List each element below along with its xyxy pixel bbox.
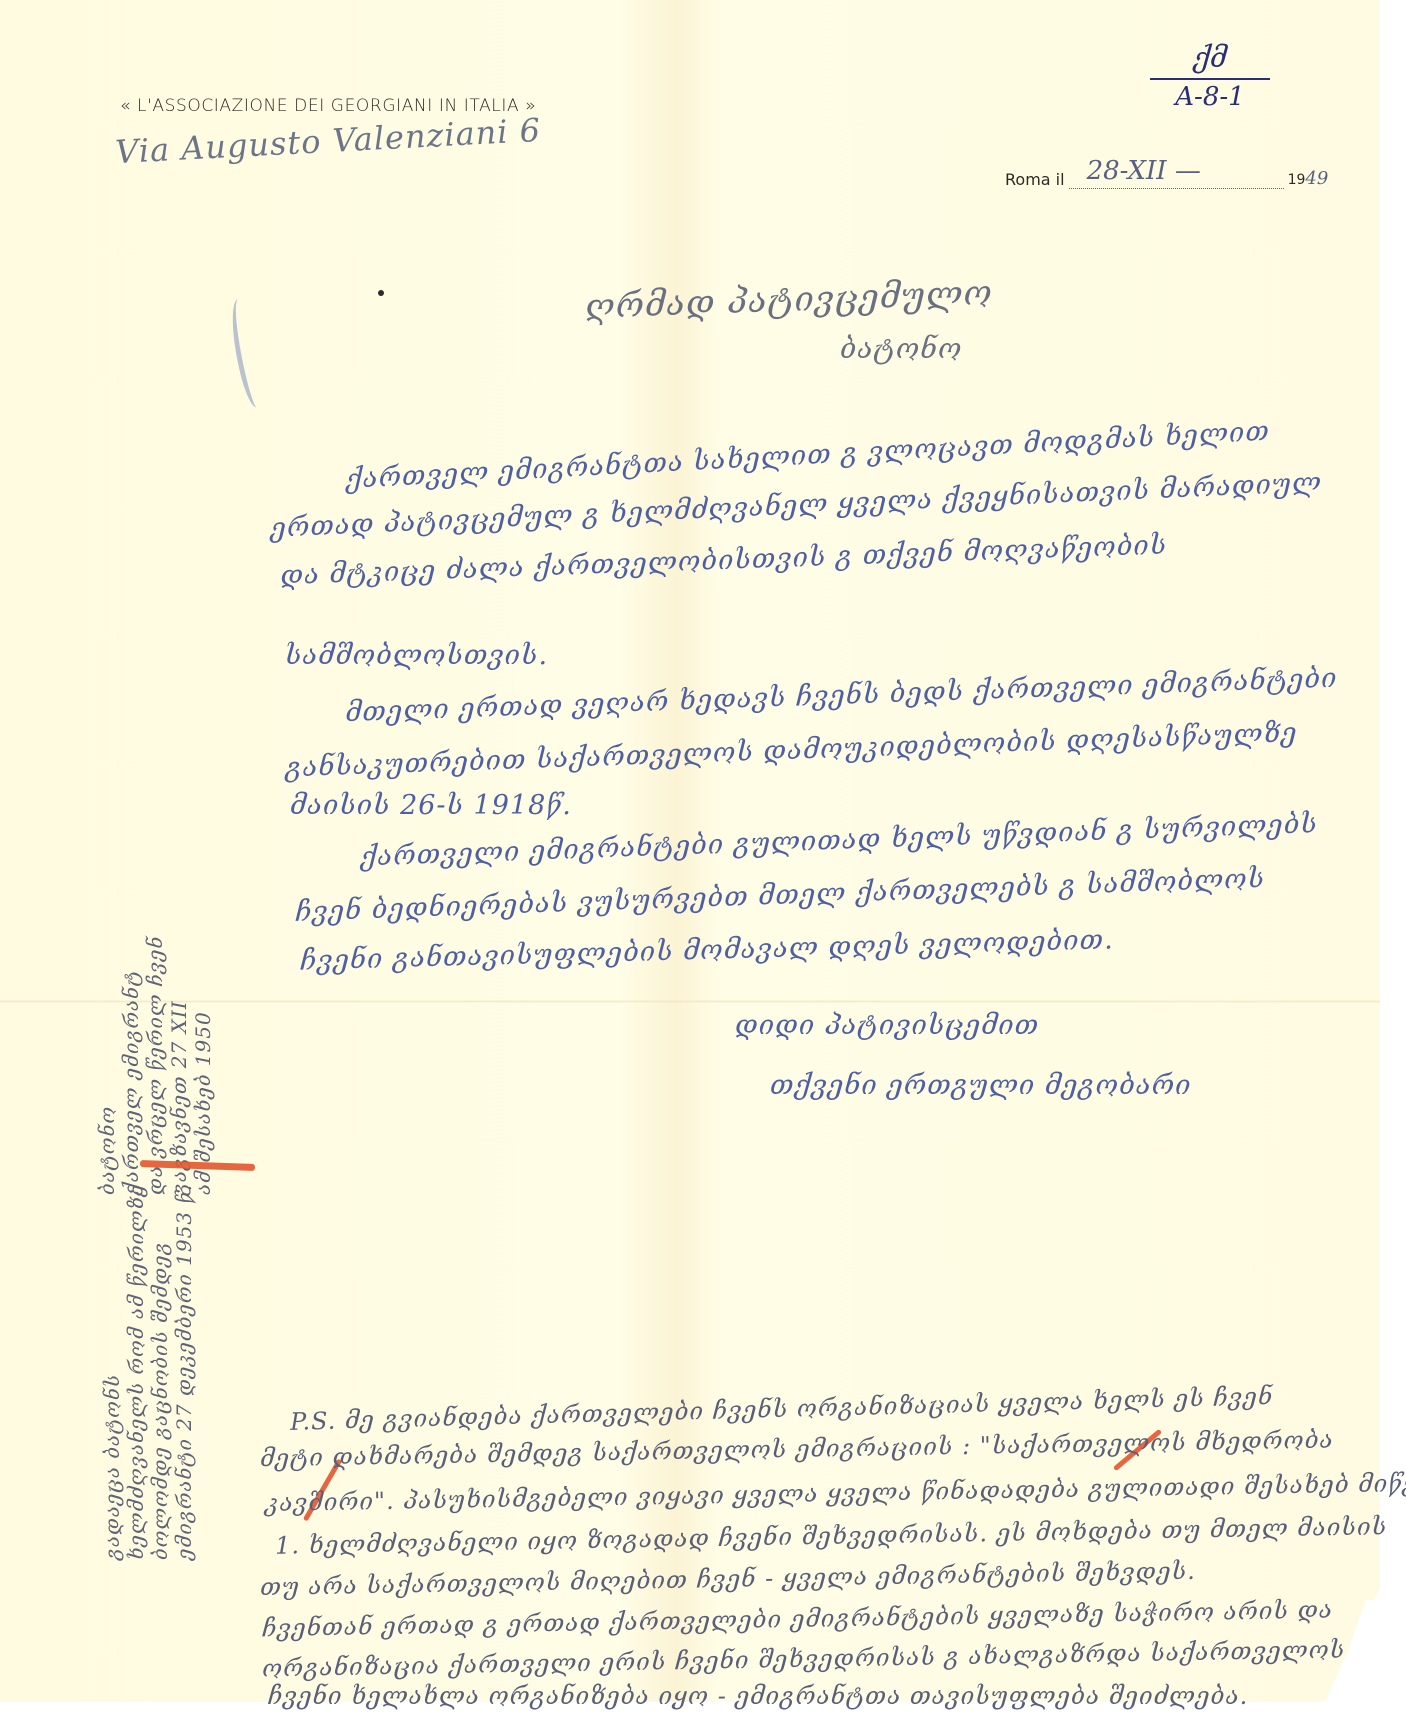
archive-mark-top: ქმ [1150,40,1270,76]
margin-note-line: გაგზავნეთ 27 XII [167,936,191,1195]
postscript-line: ჩვენი ხელახლა ორგანიზება იყო - ემიგრანტთ… [268,1682,1248,1710]
letter-paper [0,0,1380,1726]
body-line: სამშობლოსთვის. [285,640,548,671]
margin-note-line: ხელმძღვანელს რომ ამ წერილზე [124,1184,148,1560]
margin-note-line: და ვრცელ წერილ ჩვენ [143,936,167,1195]
margin-note-line: გადაეცა ბატონს [100,1184,124,1560]
letterhead: « L'ASSOCIAZIONE DEI GEORGIANI IN ITALIA… [120,96,536,116]
year-prefix: 19 [1288,172,1306,188]
ink-dot [378,290,384,296]
margin-note-line: ამ შესახებ 1950 [191,936,215,1195]
closing-signature: თქვენი ერთგული მეგობარი [770,1070,1192,1101]
archive-mark: ქმ A-8-1 [1150,40,1270,112]
year: 1949 [1288,168,1329,189]
date-line: Roma il 28-XII — 1949 [1005,168,1328,189]
date-fill: 28-XII — [1069,172,1284,189]
margin-note-line: ბოლომდე გაცნობის შემდეგ [148,1184,172,1560]
margin-note-line: ქართველ ემიგრანტ [119,936,143,1195]
margin-note-line: ემიგრანტი 27 დეკემბერი 1953 წ. [172,1184,196,1560]
salutation-line-2: ბატონო [840,332,962,365]
archive-mark-code: A-8-1 [1150,82,1270,112]
archive-mark-divider [1150,78,1270,80]
margin-note-lower: გადაეცა ბატონს ხელმძღვანელს რომ ამ წერილ… [100,1184,196,1560]
margin-note-line: ბატონო [95,936,119,1195]
closing-line-1: დიდი პატივისცემით [735,1010,1039,1041]
date-value: 28-XII — [1087,156,1201,186]
margin-note-upper: ბატონო ქართველ ემიგრანტ და ვრცელ წერილ ჩ… [95,936,215,1195]
body-line: მაისის 26-ს 1918წ. [290,790,572,821]
place-label: Roma il [1005,170,1065,189]
year-suffix: 49 [1305,168,1328,189]
